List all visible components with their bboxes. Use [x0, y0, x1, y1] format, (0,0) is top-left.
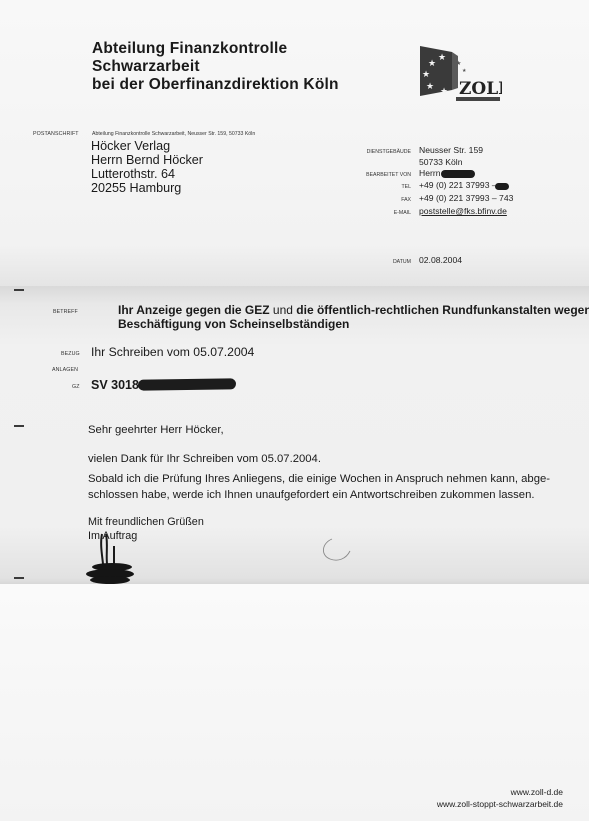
dienstgebaeude-line2: 50733 Köln [419, 157, 463, 167]
letterhead-line3: bei der Oberfinanzdirektion Köln [92, 76, 339, 94]
subject-line: Ihr Anzeige gegen die GEZ und die öffent… [118, 303, 589, 331]
gz-value: SV 3018 [91, 378, 139, 392]
zoll-logo: ★ ★ ★ ★ ★ ★ ★ ZOLL [418, 44, 498, 100]
letterhead-line2: Schwarzarbeit [92, 58, 339, 76]
signature-redacted [80, 530, 140, 590]
footer-url-1[interactable]: www.zoll-d.de [511, 787, 563, 797]
recipient-line4: 20255 Hamburg [91, 181, 203, 195]
salutation: Sehr geehrter Herr Höcker, [88, 424, 224, 436]
punch-mark [14, 425, 24, 427]
anlagen-label: ANLAGEN [52, 367, 78, 373]
svg-text:★: ★ [422, 70, 430, 80]
svg-text:★: ★ [438, 53, 446, 63]
fold-mark [14, 577, 24, 579]
redaction-gz [138, 378, 236, 390]
stamp-mark [318, 537, 354, 563]
betreff-label: BETREFF [53, 309, 78, 315]
postanschrift-label: POSTANSCHRIFT [33, 131, 79, 137]
fax-label: FAX [331, 197, 411, 203]
redaction-tel [495, 183, 509, 190]
bearbeitet-label: BEARBEITET VON [331, 172, 411, 178]
tel-value: +49 (0) 221 37993 – [419, 180, 497, 190]
sender-line: Abteilung Finanzkontrolle Schwarzarbeit,… [92, 131, 255, 137]
closing: Mit freundlichen Grüßen [88, 516, 204, 528]
dienstgebaeude-line1: Neusser Str. 159 [419, 145, 483, 155]
recipient-line1: Höcker Verlag [91, 139, 203, 153]
page-background-bottom [0, 584, 589, 821]
tel-label: TEL [331, 184, 411, 190]
datum-label: DATUM [331, 259, 411, 265]
dienstgebaeude-label: DIENSTGEBÄUDE [331, 149, 411, 155]
svg-text:★: ★ [462, 68, 467, 74]
svg-text:★: ★ [456, 60, 461, 67]
recipient-line3: Lutterothstr. 64 [91, 167, 203, 181]
letterhead-line1: Abteilung Finanzkontrolle [92, 40, 339, 58]
gz-label: GZ [72, 384, 80, 390]
svg-text:★: ★ [428, 59, 436, 69]
svg-text:★: ★ [426, 82, 434, 92]
email-label: E-MAIL [331, 210, 411, 216]
subject-text: die öffentlich-rechtlichen Rundfunkansta… [293, 303, 589, 317]
redaction-name [441, 170, 475, 178]
fax-value: +49 (0) 221 37993 – 743 [419, 193, 513, 203]
recipient-line2: Herrn Bernd Höcker [91, 153, 203, 167]
bezug-value: Ihr Schreiben vom 05.07.2004 [91, 345, 254, 359]
bezug-label: BEZUG [61, 351, 80, 357]
svg-text:★: ★ [440, 87, 448, 97]
paragraph-2-line2: schlossen habe, werde ich Ihnen unaufgef… [88, 489, 535, 501]
datum-value: 02.08.2004 [419, 255, 462, 265]
email-link[interactable]: poststelle@fks.bfinv.de [419, 206, 507, 216]
subject-text: und [273, 303, 293, 317]
recipient-address: Höcker Verlag Herrn Bernd Höcker Luttero… [91, 139, 203, 195]
fold-mark [14, 289, 24, 291]
letterhead: Abteilung Finanzkontrolle Schwarzarbeit … [92, 40, 339, 94]
footer-url-2[interactable]: www.zoll-stoppt-schwarzarbeit.de [437, 799, 563, 809]
bearbeitet-value: Herrn [419, 168, 441, 178]
paragraph-2-line1: Sobald ich die Prüfung Ihres Anliegens, … [88, 473, 550, 485]
subject-line1: Ihr Anzeige gegen die GEZ und die öffent… [118, 303, 589, 317]
eu-stars-flag-icon: ★ ★ ★ ★ ★ ★ ★ ZOLL [418, 44, 502, 102]
subject-text: Ihr Anzeige gegen die GEZ [118, 303, 273, 317]
subject-line2: Beschäftigung von Scheinselbständigen [118, 317, 589, 331]
paragraph-1: vielen Dank für Ihr Schreiben vom 05.07.… [88, 453, 321, 465]
svg-text:ZOLL: ZOLL [459, 79, 502, 99]
